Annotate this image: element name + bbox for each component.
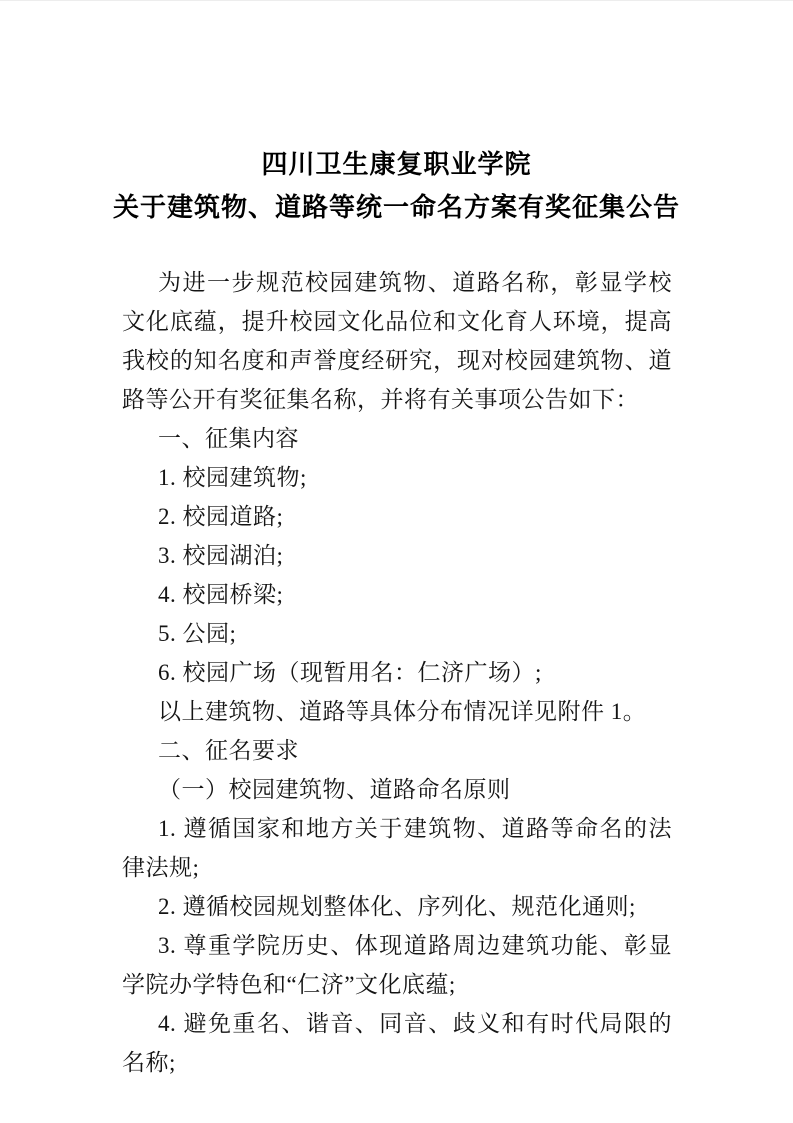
paragraph-attachment-note: 以上建筑物、道路等具体分布情况详见附件 1。 bbox=[122, 692, 672, 731]
document-title-line-1: 四川卫生康复职业学院 bbox=[0, 143, 793, 186]
heading-subsection-2-1: （一）校园建筑物、道路命名原则 bbox=[122, 770, 672, 809]
rule-item-3-history: 3. 尊重学院历史、体现道路周边建筑功能、彰显学院办学特色和“仁济”文化底蕴; bbox=[122, 926, 672, 1004]
document-page: 四川卫生康复职业学院 关于建筑物、道路等统一命名方案有奖征集公告 为进一步规范校… bbox=[0, 1, 793, 1123]
list-item-1-buildings: 1. 校园建筑物; bbox=[122, 458, 672, 497]
paragraph-intro: 为进一步规范校园建筑物、道路名称，彰显学校文化底蕴，提升校园文化品位和文化育人环… bbox=[122, 263, 672, 419]
list-item-3-lakes: 3. 校园湖泊; bbox=[122, 536, 672, 575]
heading-section-2: 二、征名要求 bbox=[122, 731, 672, 770]
document-body: 为进一步规范校园建筑物、道路名称，彰显学校文化底蕴，提升校园文化品位和文化育人环… bbox=[122, 263, 672, 1082]
list-item-5-park: 5. 公园; bbox=[122, 614, 672, 653]
heading-section-1: 一、征集内容 bbox=[122, 419, 672, 458]
list-item-4-bridges: 4. 校园桥梁; bbox=[122, 575, 672, 614]
list-item-2-roads: 2. 校园道路; bbox=[122, 497, 672, 536]
rule-item-4-avoid-names: 4. 避免重名、谐音、同音、歧义和有时代局限的名称; bbox=[122, 1004, 672, 1082]
document-title-line-2: 关于建筑物、道路等统一命名方案有奖征集公告 bbox=[0, 186, 793, 229]
document-title: 四川卫生康复职业学院 关于建筑物、道路等统一命名方案有奖征集公告 bbox=[0, 1, 793, 229]
list-item-6-square: 6. 校园广场（现暂用名：仁济广场）; bbox=[122, 653, 672, 692]
rule-item-1-laws: 1. 遵循国家和地方关于建筑物、道路等命名的法律法规; bbox=[122, 809, 672, 887]
rule-item-2-planning: 2. 遵循校园规划整体化、序列化、规范化通则; bbox=[122, 887, 672, 926]
